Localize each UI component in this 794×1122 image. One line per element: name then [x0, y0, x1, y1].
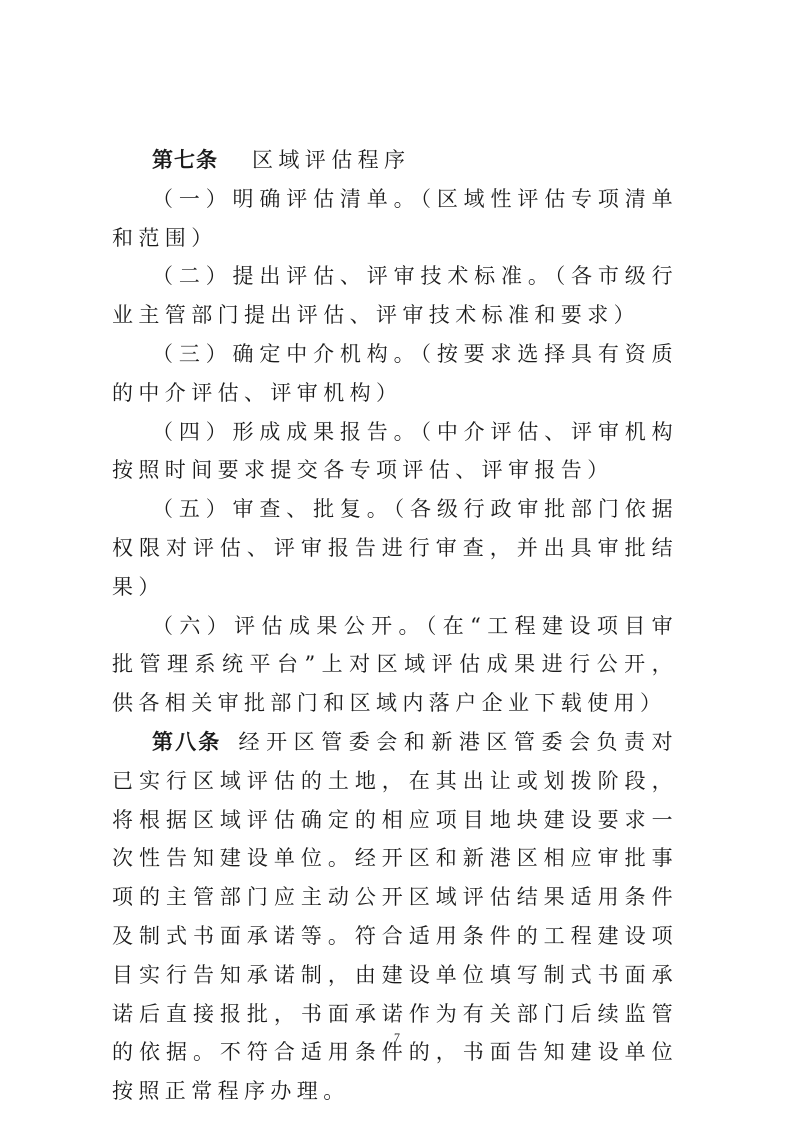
article-7-item-1: （一）明确评估清单。（区域性评估专项清单和范围） — [112, 180, 678, 258]
article-7-title: 区域评估程序 — [252, 148, 410, 172]
article-8-body: 经开区管委会和新港区管委会负责对已实行区域评估的土地，在其出让或划拨阶段，将根据… — [112, 730, 678, 1103]
article-7-heading: 第七条区域评估程序 — [112, 141, 678, 180]
article-7-label: 第七条 — [152, 148, 218, 172]
article-7-item-3: （三）确定中介机构。（按要求选择具有资质的中介评估、评审机构） — [112, 335, 678, 413]
article-7-item-5: （五）审查、批复。（各级行政审批部门依据权限对评估、评审报告进行审查，并出具审批… — [112, 490, 678, 606]
page-number: 7 — [0, 1030, 794, 1045]
article-7-item-6: （六）评估成果公开。（在“工程建设项目审批管理系统平台”上对区域评估成果进行公开… — [112, 607, 678, 723]
article-7-item-2: （二）提出评估、评审技术标准。（各市级行业主管部门提出评估、评审技术标准和要求） — [112, 257, 678, 335]
document-page: 第七条区域评估程序 （一）明确评估清单。（区域性评估专项清单和范围） （二）提出… — [112, 141, 678, 1111]
article-8-paragraph: 第八条经开区管委会和新港区管委会负责对已实行区域评估的土地，在其出让或划拨阶段，… — [112, 723, 678, 1111]
article-8-label: 第八条 — [152, 730, 221, 754]
article-7-item-4: （四）形成成果报告。（中介评估、评审机构按照时间要求提交各专项评估、评审报告） — [112, 413, 678, 491]
